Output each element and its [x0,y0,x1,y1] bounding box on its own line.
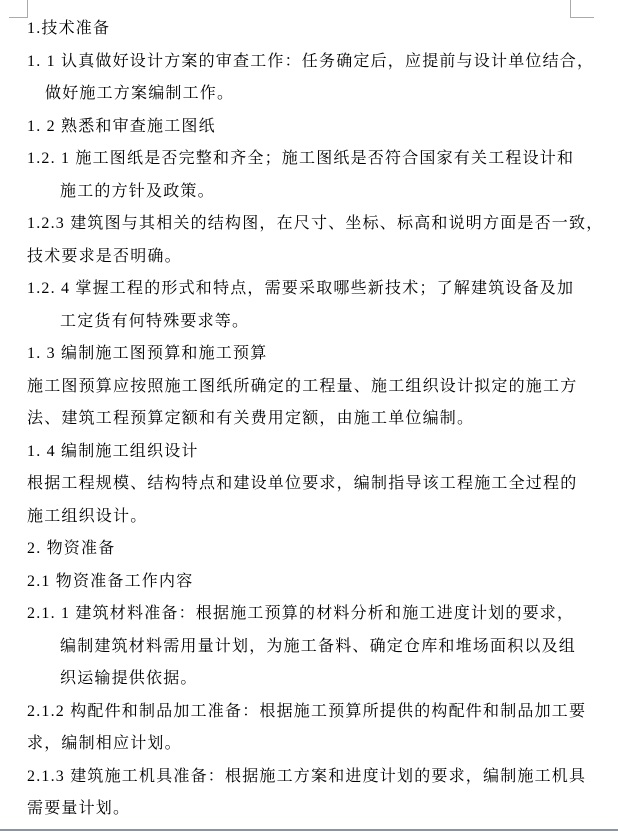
document-page: 1.技术准备1. 1 认真做好设计方案的审查工作：任务确定后，应提前与设计单位结… [0,0,618,838]
text-line: 需要量计划。 [27,793,604,826]
text-line: 根据工程规模、结构特点和建设单位要求，编制指导该工程施工全过程的 [27,468,604,501]
text-line: 2.1. 1 建筑材料准备：根据施工预算的材料分析和施工进度计划的要求， [27,598,604,631]
text-line: 1.2. 4 掌握工程的形式和特点，需要采取哪些新技术；了解建筑设备及加 [27,273,604,306]
text-line: 编制建筑材料需用量计划，为施工备料、确定仓库和堆场面积以及组 [27,631,604,664]
page-bottom-rule [0,829,618,831]
text-line: 1.2.3 建筑图与其相关的结构图，在尺寸、坐标、标高和说明方面是否一致， [27,208,604,241]
text-line: 织运输提供依据。 [27,663,604,696]
text-line: 做好施工方案编制工作。 [27,78,604,111]
text-line: 1. 4 编制施工组织设计 [27,436,604,469]
text-line: 求，编制相应计划。 [27,728,604,761]
text-line: 施工的方针及政策。 [27,176,604,209]
text-line: 1. 3 编制施工图预算和施工预算 [27,338,604,371]
text-line: 1.技术准备 [27,13,604,46]
text-line: 施工图预算应按照施工图纸所确定的工程量、施工组织设计拟定的施工方 [27,371,604,404]
text-line: 1.2. 1 施工图纸是否完整和齐全；施工图纸是否符合国家有关工程设计和 [27,143,604,176]
text-line: 2.1.2 构配件和制品加工准备：根据施工预算所提供的构配件和制品加工要 [27,696,604,729]
text-line: 1. 2 熟悉和审查施工图纸 [27,111,604,144]
text-line: 工定货有何特殊要求等。 [27,306,604,339]
text-line: 1. 1 认真做好设计方案的审查工作：任务确定后，应提前与设计单位结合， [27,46,604,79]
text-line: 2. 物资准备 [27,533,604,566]
document-body: 1.技术准备1. 1 认真做好设计方案的审查工作：任务确定后，应提前与设计单位结… [0,0,618,826]
text-line: 法、建筑工程预算定额和有关费用定额，由施工单位编制。 [27,403,604,436]
text-line: 2.1.3 建筑施工机具准备：根据施工方案和进度计划的要求，编制施工机具 [27,761,604,794]
text-line: 施工组织设计。 [27,501,604,534]
text-line: 技术要求是否明确。 [27,241,604,274]
text-line: 2.1 物资准备工作内容 [27,566,604,599]
